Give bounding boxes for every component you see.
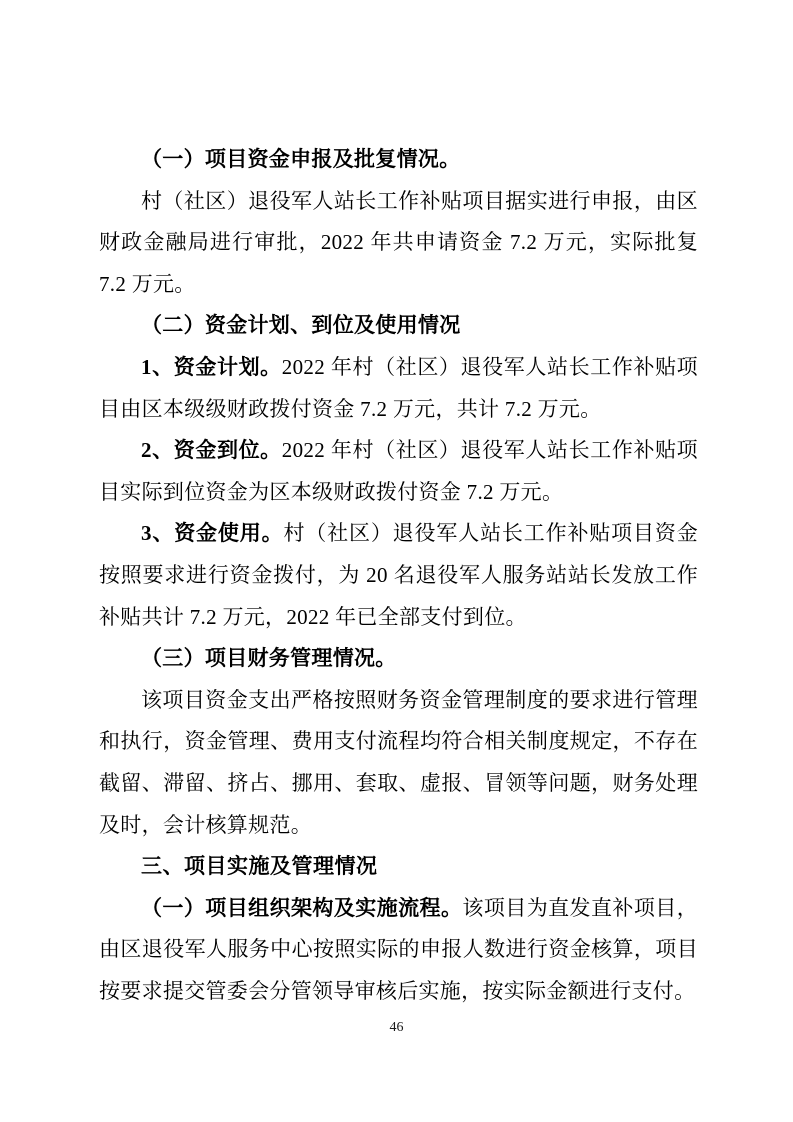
item-lead-fund-plan: 1、资金计划。	[141, 355, 282, 379]
heading-text: （三）项目财务管理情况。	[141, 646, 397, 670]
item-lead-organization-process: （一）项目组织架构及实施流程。	[141, 896, 462, 920]
paragraph-funding-application: 村（社区）退役军人站长工作补贴项目据实进行申报，由区财政金融局进行审批，2022…	[99, 181, 698, 306]
chapter-heading-implementation: 三、项目实施及管理情况	[99, 846, 698, 888]
document-page: （一）项目资金申报及批复情况。 村（社区）退役军人站长工作补贴项目据实进行申报，…	[0, 0, 793, 1122]
item-lead-fund-arrival: 2、资金到位。	[141, 438, 282, 462]
paragraph-financial-management: 该项目资金支出严格按照财务资金管理制度的要求进行管理和执行，资金管理、费用支付流…	[99, 680, 698, 846]
paragraph-organization-process: （一）项目组织架构及实施流程。该项目为直发直补项目，由区退役军人服务中心按照实际…	[99, 888, 698, 1013]
section-heading-financial-management: （三）项目财务管理情况。	[99, 638, 698, 680]
section-heading-fund-plan-usage: （二）资金计划、到位及使用情况	[99, 305, 698, 347]
section-heading-funding-application: （一）项目资金申报及批复情况。	[99, 139, 698, 181]
heading-text: （一）项目资金申报及批复情况。	[141, 147, 461, 171]
paragraph-fund-usage: 3、资金使用。村（社区）退役军人站长工作补贴项目资金按照要求进行资金拨付，为 2…	[99, 513, 698, 638]
page-number: 46	[0, 1020, 793, 1036]
heading-text: 三、项目实施及管理情况	[141, 855, 378, 878]
paragraph-fund-arrival: 2、资金到位。2022 年村（社区）退役军人站长工作补贴项目实际到位资金为区本级…	[99, 430, 698, 513]
document-body: （一）项目资金申报及批复情况。 村（社区）退役军人站长工作补贴项目据实进行申报，…	[99, 139, 698, 1012]
item-lead-fund-usage: 3、资金使用。	[141, 521, 283, 545]
heading-text: （二）资金计划、到位及使用情况	[141, 313, 461, 337]
paragraph-fund-plan: 1、资金计划。2022 年村（社区）退役军人站长工作补贴项目由区本级级财政拨付资…	[99, 347, 698, 430]
